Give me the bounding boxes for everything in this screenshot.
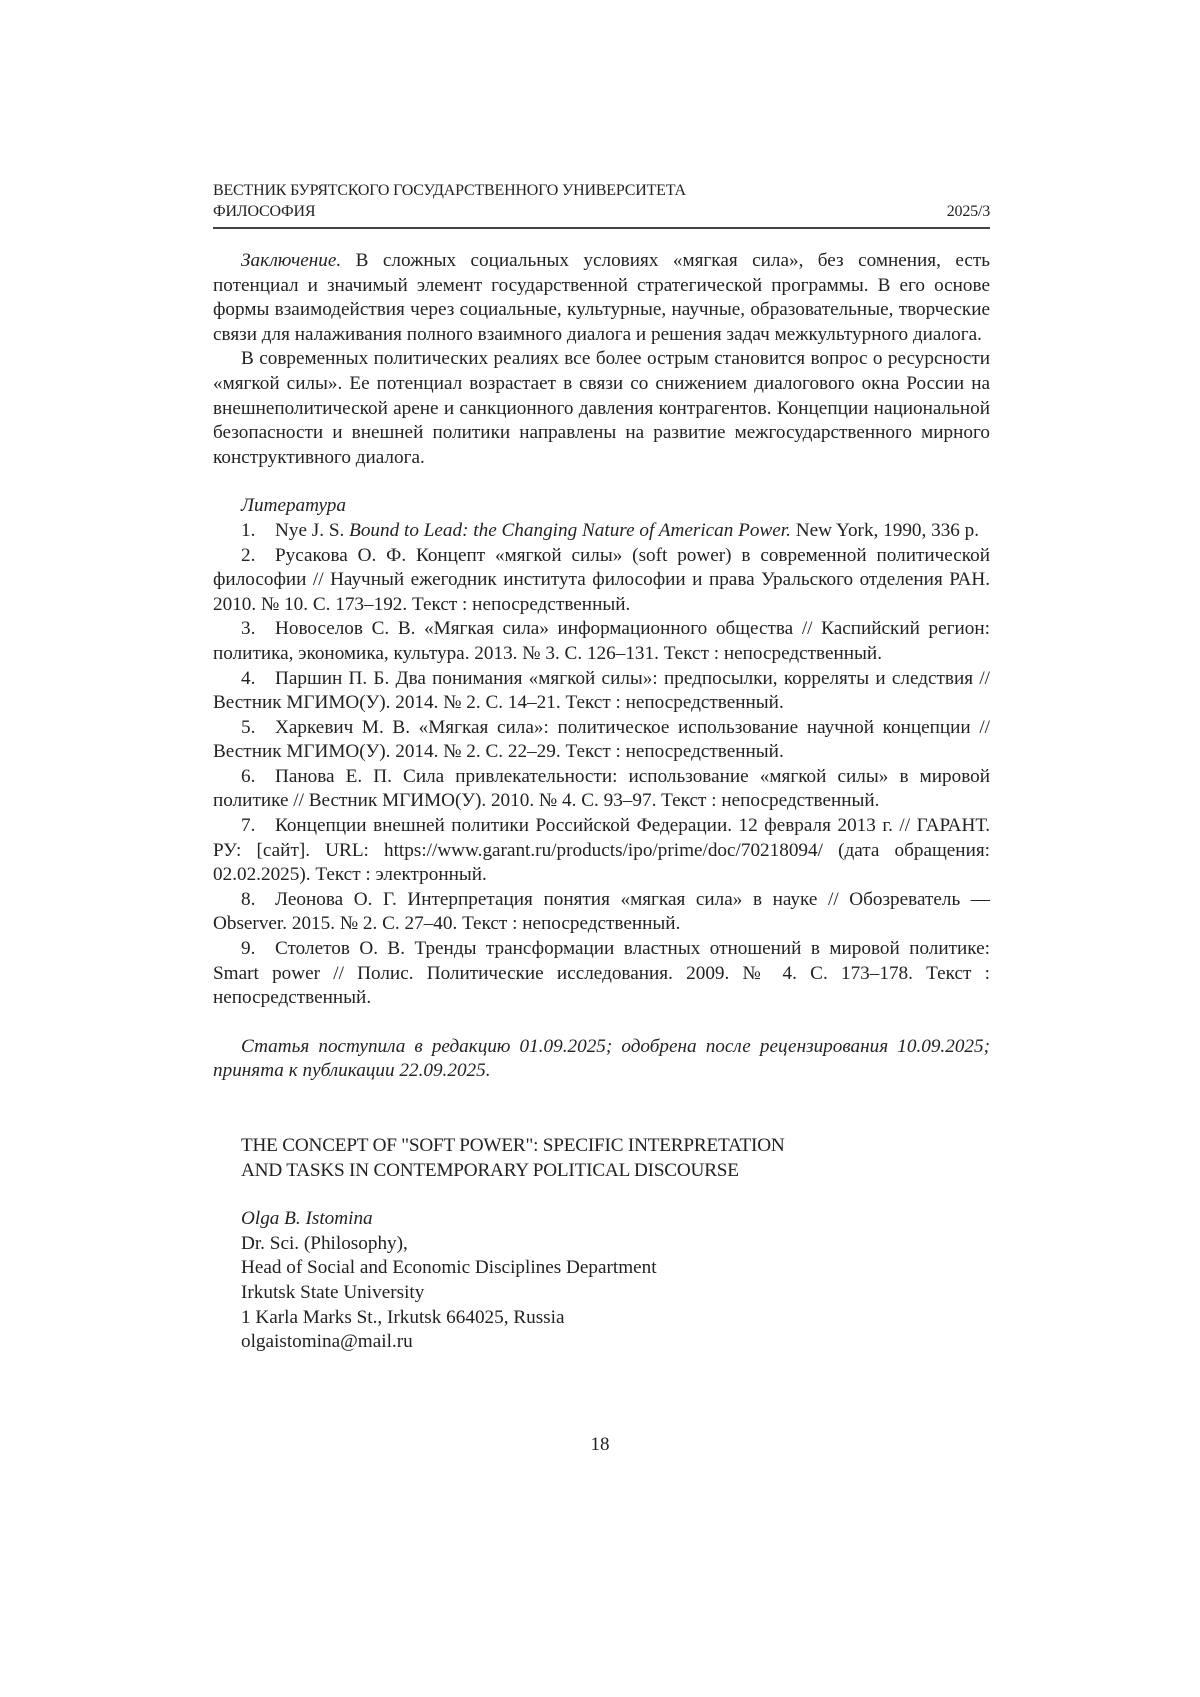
author-degree: Dr. Sci. (Philosophy), bbox=[241, 1232, 990, 1257]
page: ВЕСТНИК БУРЯТСКОГО ГОСУДАРСТВЕННОГО УНИВ… bbox=[213, 180, 990, 1355]
article-body: Заключение. В сложных социальных условия… bbox=[213, 249, 990, 1084]
references-heading: Литература bbox=[213, 494, 990, 519]
journal-title: ВЕСТНИК БУРЯТСКОГО ГОСУДАРСТВЕННОГО УНИВ… bbox=[213, 180, 990, 201]
reference-item: 2.Русакова О. Ф. Концепт «мягкой силы» (… bbox=[213, 544, 990, 618]
conclusion-lead: Заключение. bbox=[241, 250, 341, 271]
reference-item: 4.Паршин П. Б. Два понимания «мягкой сил… bbox=[213, 667, 990, 716]
section-title: ФИЛОСОФИЯ bbox=[213, 201, 315, 222]
author-address: 1 Karla Marks St., Irkutsk 664025, Russi… bbox=[241, 1306, 990, 1331]
english-abstract-block: THE CONCEPT OF "SOFT POWER": SPECIFIC IN… bbox=[213, 1134, 990, 1355]
author-email: olgaistomina@mail.ru bbox=[241, 1330, 990, 1355]
english-title-line1: THE CONCEPT OF "SOFT POWER": SPECIFIC IN… bbox=[241, 1134, 990, 1159]
author-name: Olga B. Istomina bbox=[241, 1207, 990, 1232]
submission-dates: Статья поступила в редакцию 01.09.2025; … bbox=[213, 1035, 990, 1084]
author-position: Head of Social and Economic Disciplines … bbox=[241, 1256, 990, 1281]
reference-item: 6.Панова Е. П. Сила привлекательности: и… bbox=[213, 765, 990, 814]
reference-item: 8.Леонова О. Г. Интерпретация понятия «м… bbox=[213, 888, 990, 937]
running-header: ВЕСТНИК БУРЯТСКОГО ГОСУДАРСТВЕННОГО УНИВ… bbox=[213, 180, 990, 229]
page-number: 18 bbox=[0, 1434, 1200, 1456]
issue-number: 2025/3 bbox=[947, 201, 990, 222]
reference-item: 1.Nye J. S. Bound to Lead: the Changing … bbox=[213, 519, 990, 544]
reference-item: 5.Харкевич М. В. «Мягкая сила»: политиче… bbox=[213, 716, 990, 765]
english-title-line2: AND TASKS IN CONTEMPORARY POLITICAL DISC… bbox=[241, 1159, 990, 1184]
reference-item: 9.Столетов О. В. Тренды трансформации вл… bbox=[213, 937, 990, 1011]
author-university: Irkutsk State University bbox=[241, 1281, 990, 1306]
body-paragraph: В современных политических реалиях все б… bbox=[213, 347, 990, 470]
reference-item: 3.Новоселов С. В. «Мягкая сила» информац… bbox=[213, 617, 990, 666]
header-rule bbox=[213, 227, 990, 229]
references-list: 1.Nye J. S. Bound to Lead: the Changing … bbox=[213, 519, 990, 1011]
reference-item: 7.Концепции внешней политики Российской … bbox=[213, 814, 990, 888]
conclusion-paragraph: Заключение. В сложных социальных условия… bbox=[213, 249, 990, 347]
